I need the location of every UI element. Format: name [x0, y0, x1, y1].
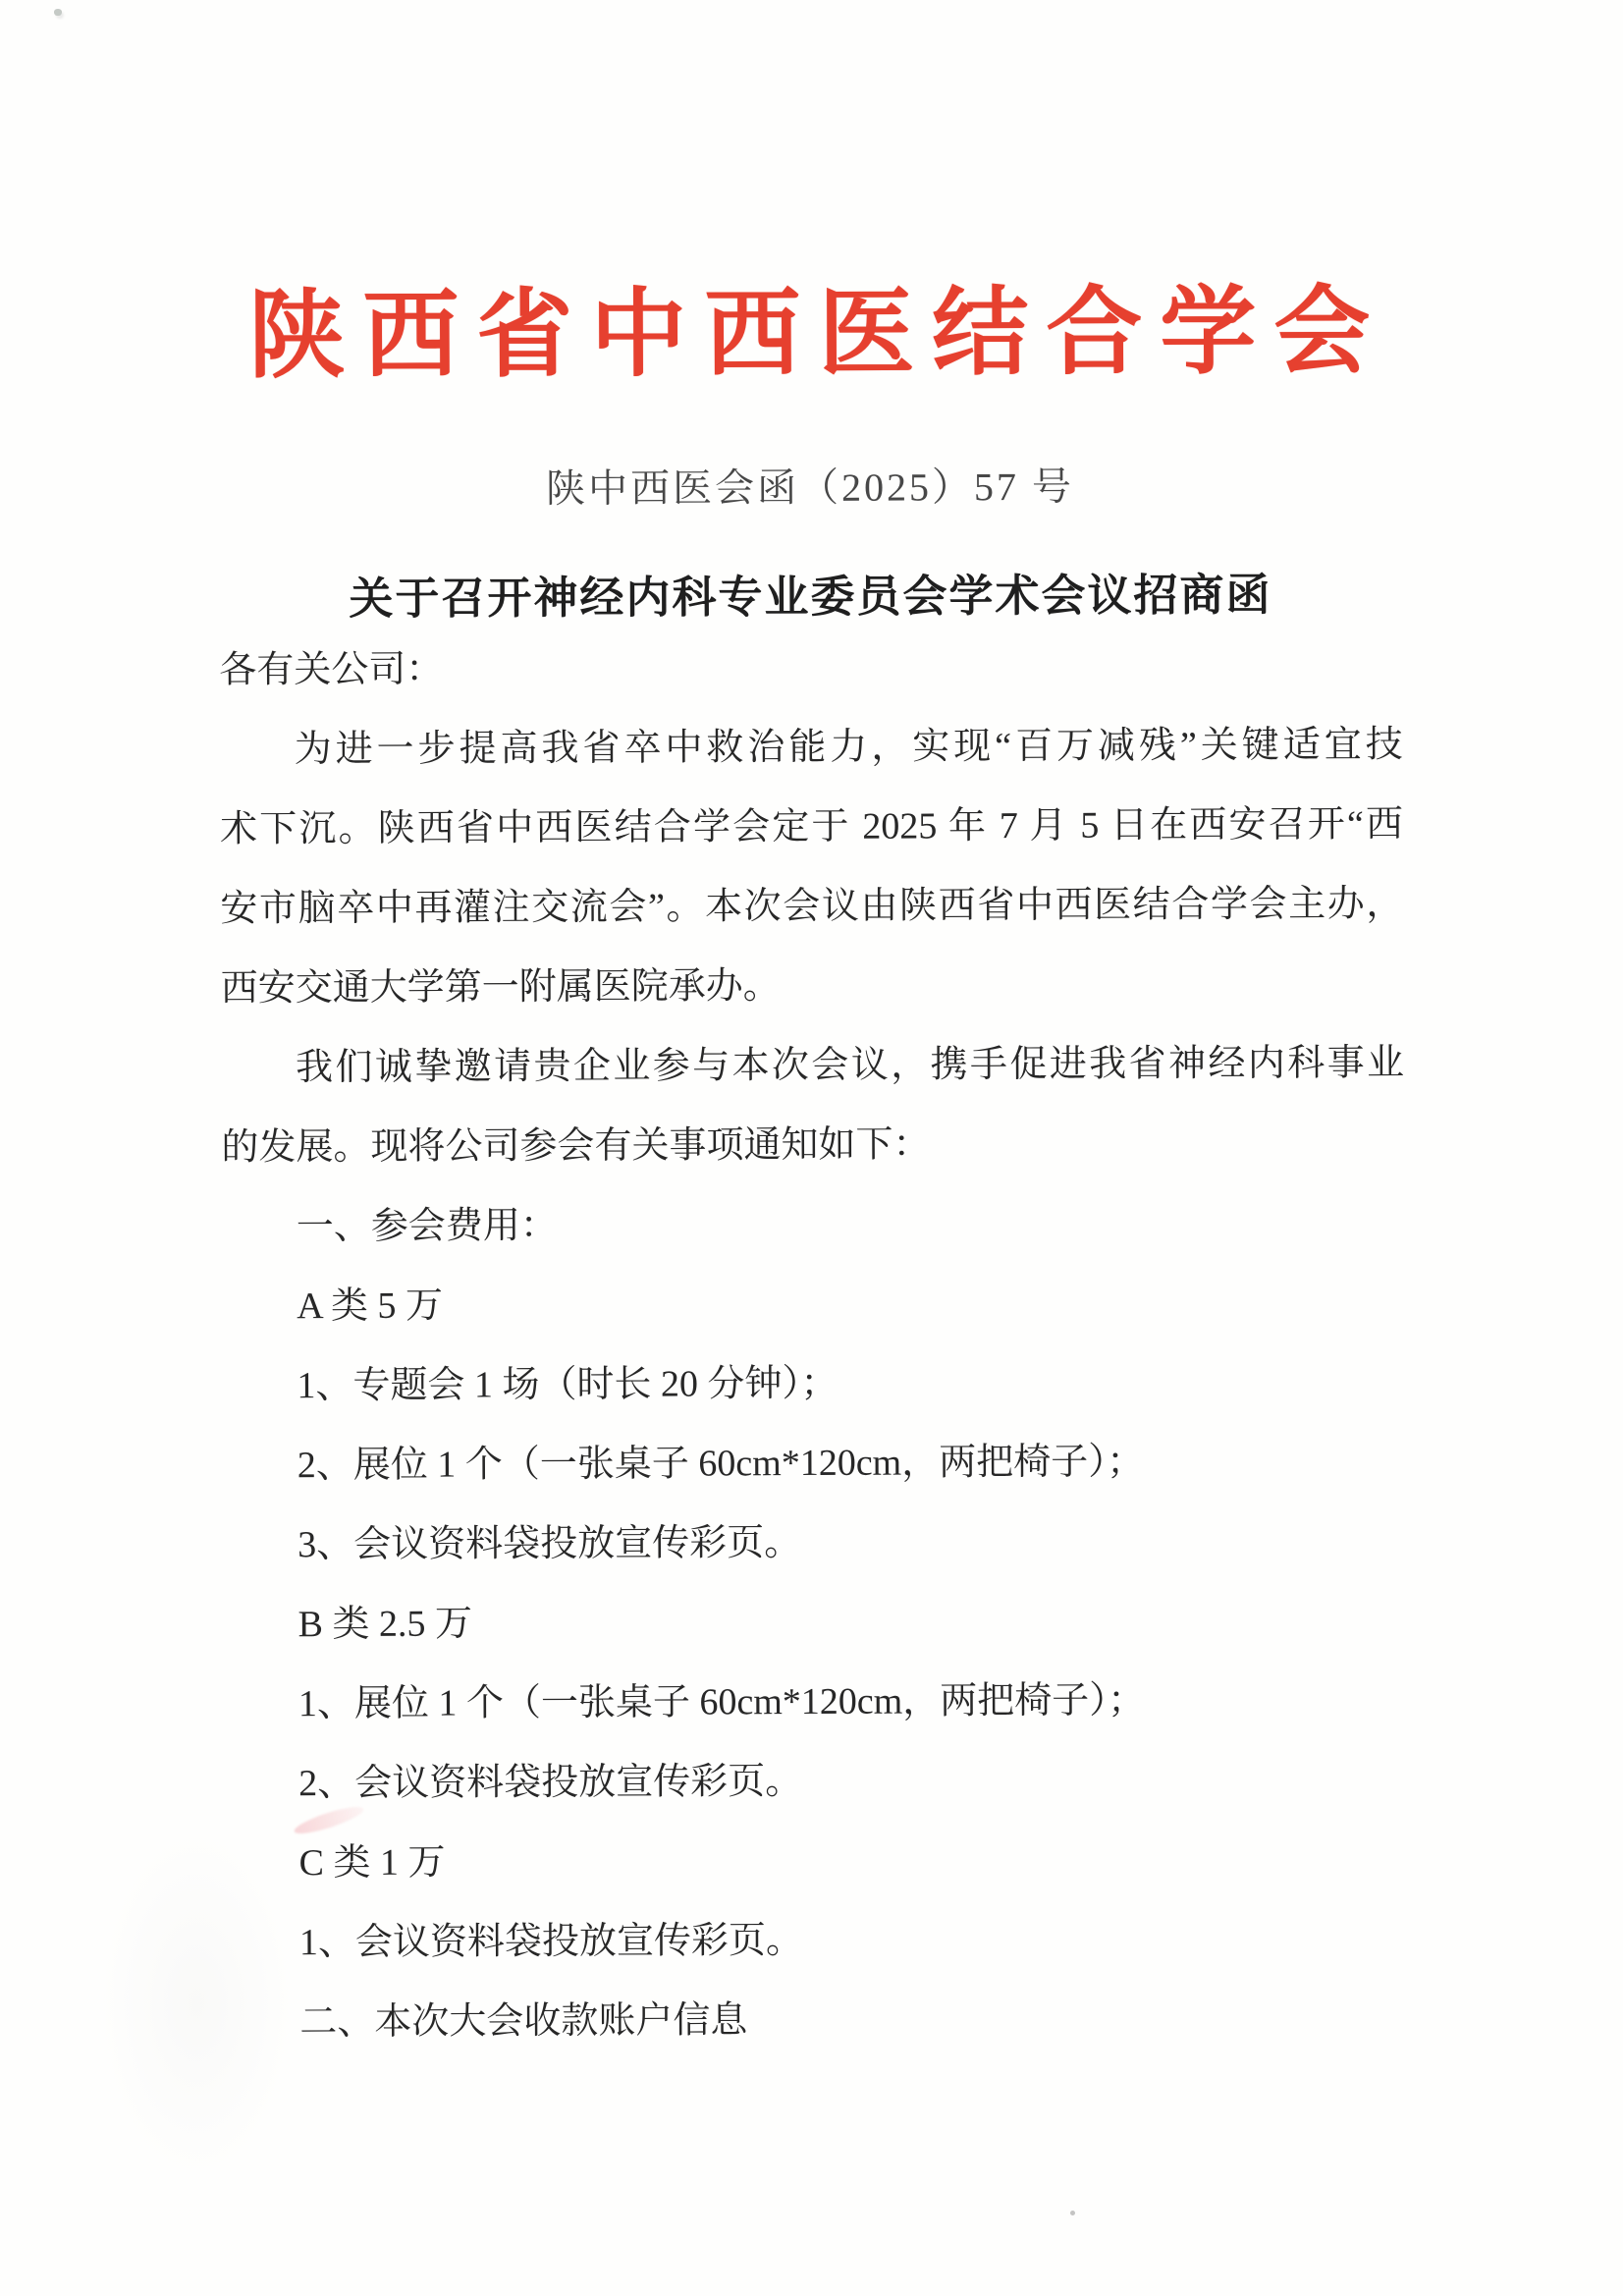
paragraph-line: 为进一步提高我省卒中救治能力，实现“百万减残”关键适宜技: [219, 705, 1402, 790]
tier-a-item: 1、专题会 1 场（时长 20 分钟）；: [222, 1341, 1405, 1426]
letterhead-title: 陕西省中西医结合学会: [218, 274, 1420, 395]
paragraph-line: 我们诚挚邀请贵企业参与本次会议，携手促进我省神经内科事业: [221, 1023, 1404, 1108]
tier-c-item: 1、会议资料袋投放宣传彩页。: [225, 1898, 1408, 1983]
tier-a-item: 2、展位 1 个（一张桌子 60cm*120cm，两把椅子）；: [223, 1421, 1406, 1505]
salutation: 各有关公司：: [219, 626, 1402, 710]
paragraph-line: 西安交通大学第一附属医院承办。: [221, 944, 1404, 1028]
section-one-heading: 一、参会费用：: [222, 1182, 1405, 1267]
letter-body: 各有关公司： 为进一步提高我省卒中救治能力，实现“百万减残”关键适宜技 术下沉。…: [219, 626, 1408, 2062]
scan-speck: [1070, 2211, 1075, 2215]
scanned-letter-page: 陕西省中西医结合学会 陕中西医会函（2025）57 号 关于召开神经内科专业委员…: [0, 0, 1623, 2296]
letter-content: 陕西省中西医结合学会 陕中西医会函（2025）57 号 关于召开神经内科专业委员…: [216, 0, 1408, 2063]
paragraph-line: 术下沉。陕西省中西医结合学会定于 2025 年 7 月 5 日在西安召开“西: [220, 785, 1403, 869]
subject-line: 关于召开神经内科专业委员会学术会议招商函: [219, 567, 1402, 627]
scan-speck: [54, 9, 62, 16]
paragraph-line: 的发展。现将公司参会有关事项通知如下：: [221, 1103, 1404, 1187]
section-two-heading: 二、本次大会收款账户信息: [225, 1978, 1408, 2062]
tier-b-item: 2、会议资料袋投放宣传彩页。: [224, 1739, 1407, 1824]
paragraph-line: 安市脑卒中再灌注交流会”。本次会议由陕西省中西医结合学会主办，: [220, 864, 1403, 949]
tier-b-label: B 类 2.5 万: [223, 1580, 1406, 1665]
tier-a-item: 3、会议资料袋投放宣传彩页。: [223, 1501, 1406, 1585]
tier-c-label: C 类 1 万: [224, 1819, 1407, 1903]
tier-a-label: A 类 5 万: [222, 1262, 1405, 1346]
reference-number: 陕中西医会函（2025）57 号: [218, 461, 1401, 515]
tier-b-item: 1、展位 1 个（一张桌子 60cm*120cm，两把椅子）；: [224, 1660, 1407, 1744]
scan-streak: [98, 1827, 295, 2180]
